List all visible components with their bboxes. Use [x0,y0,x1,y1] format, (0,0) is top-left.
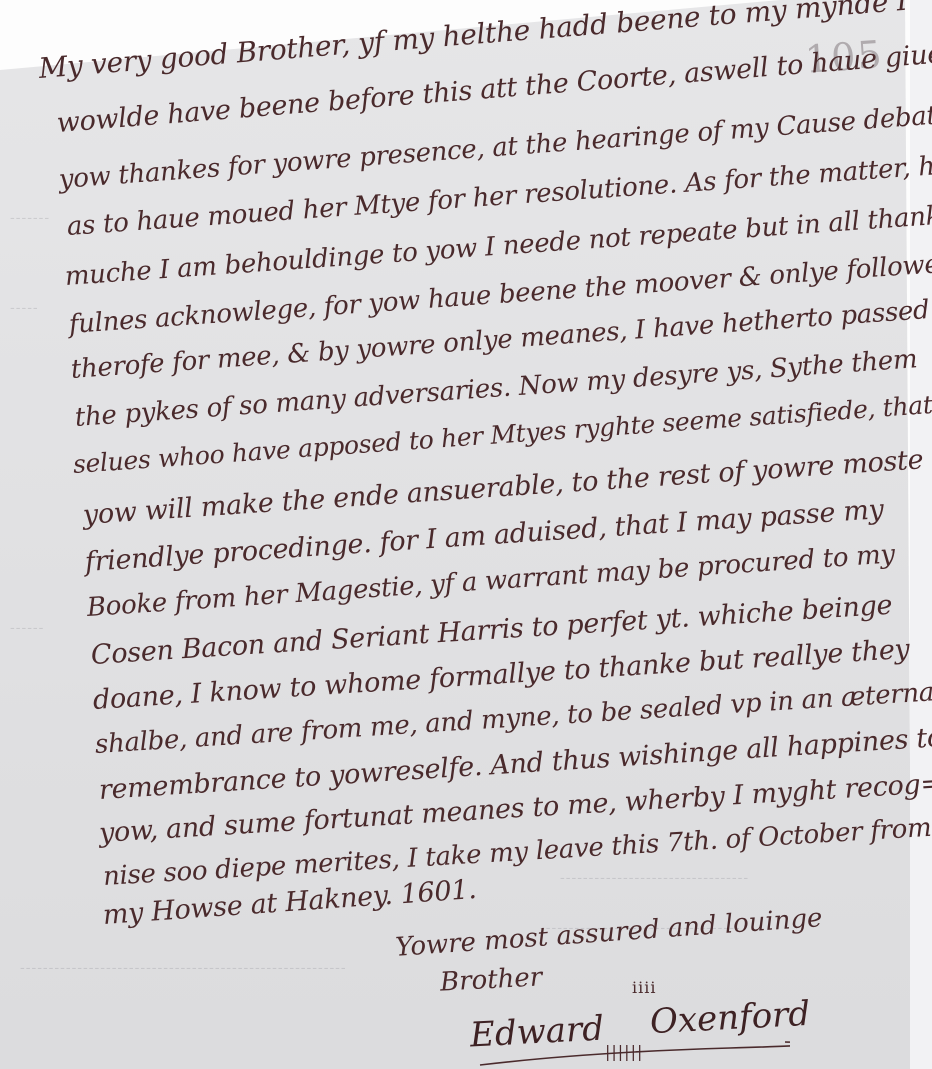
signature-underline-flourish [470,1040,790,1069]
signature-title: Oxenford [649,994,811,1042]
letter-body: My very good Brother, yf my helthe hadd … [0,0,932,1069]
closing-salutation: Yowre most assured and louinge [394,903,823,963]
closing-brother: Brother [439,962,543,997]
signature-paraph-above: iiii [632,978,656,997]
